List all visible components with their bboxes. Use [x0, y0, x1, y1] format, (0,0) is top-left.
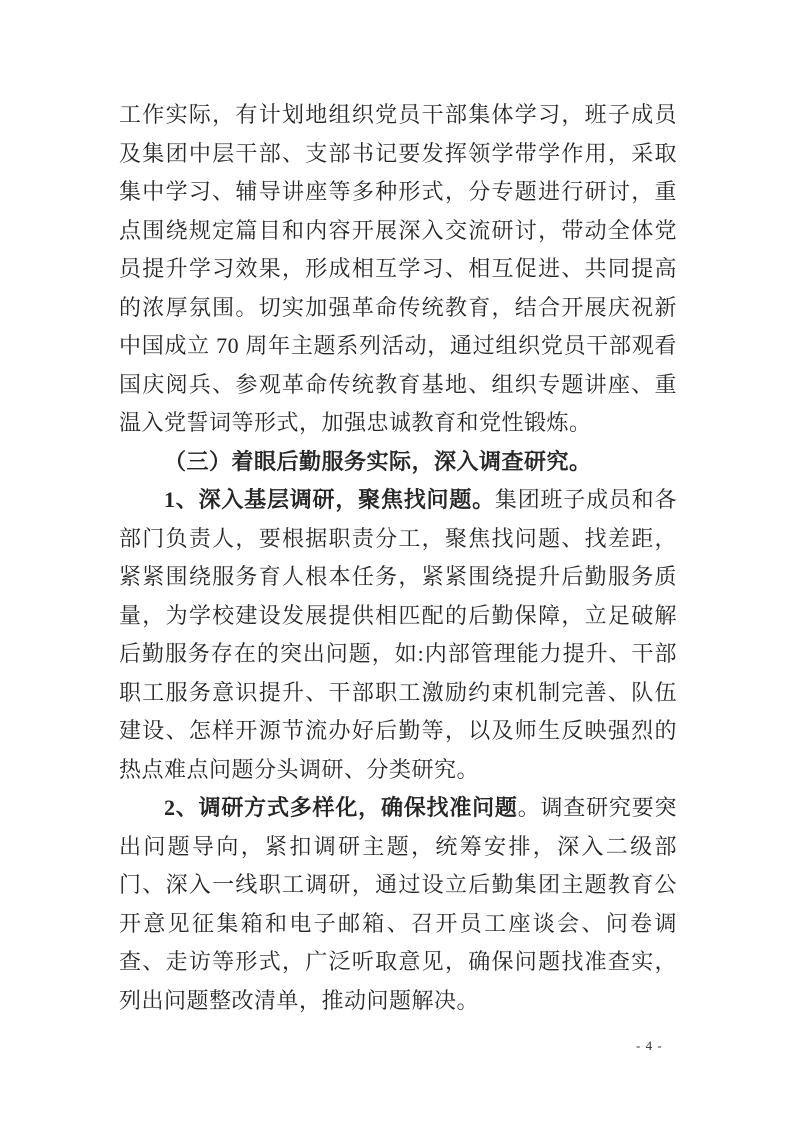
paragraph-bold-lead: 2、调研方式多样化，确保找准问题 [164, 795, 518, 820]
page-number: - 4 - [636, 1038, 663, 1054]
section-heading-text: （三）着眼后勤服务实际，深入调查研究。 [164, 449, 592, 474]
paragraph-text: 集团班子成员和各部门负责人，要根据职责分工，聚焦找问题、找差距，紧紧围绕服务育人… [119, 487, 677, 782]
section-heading: （三）着眼后勤服务实际，深入调查研究。 [119, 443, 677, 482]
paragraph-item-2: 2、调研方式多样化，确保找准问题。调查研究要突出问题导向，紧扣调研主题，统筹安排… [119, 789, 677, 1020]
document-page: 工作实际，有计划地组织党员干部集体学习，班子成员及集团中层干部、支部书记要发挥领… [0, 0, 794, 1123]
paragraph-bold-lead: 1、深入基层调研，聚焦找问题。 [164, 487, 495, 512]
paragraph-text: 。调查研究要突出问题导向，紧扣调研主题，统筹安排，深入二级部门、深入一线职工调研… [119, 795, 677, 1013]
paragraph-item-1: 1、深入基层调研，聚焦找问题。集团班子成员和各部门负责人，要根据职责分工，聚焦找… [119, 481, 677, 789]
paragraph-continuation: 工作实际，有计划地组织党员干部集体学习，班子成员及集团中层干部、支部书记要发挥领… [119, 96, 677, 443]
document-body: 工作实际，有计划地组织党员干部集体学习，班子成员及集团中层干部、支部书记要发挥领… [119, 96, 677, 1020]
paragraph-text: 工作实际，有计划地组织党员干部集体学习，班子成员及集团中层干部、支部书记要发挥领… [119, 102, 677, 435]
